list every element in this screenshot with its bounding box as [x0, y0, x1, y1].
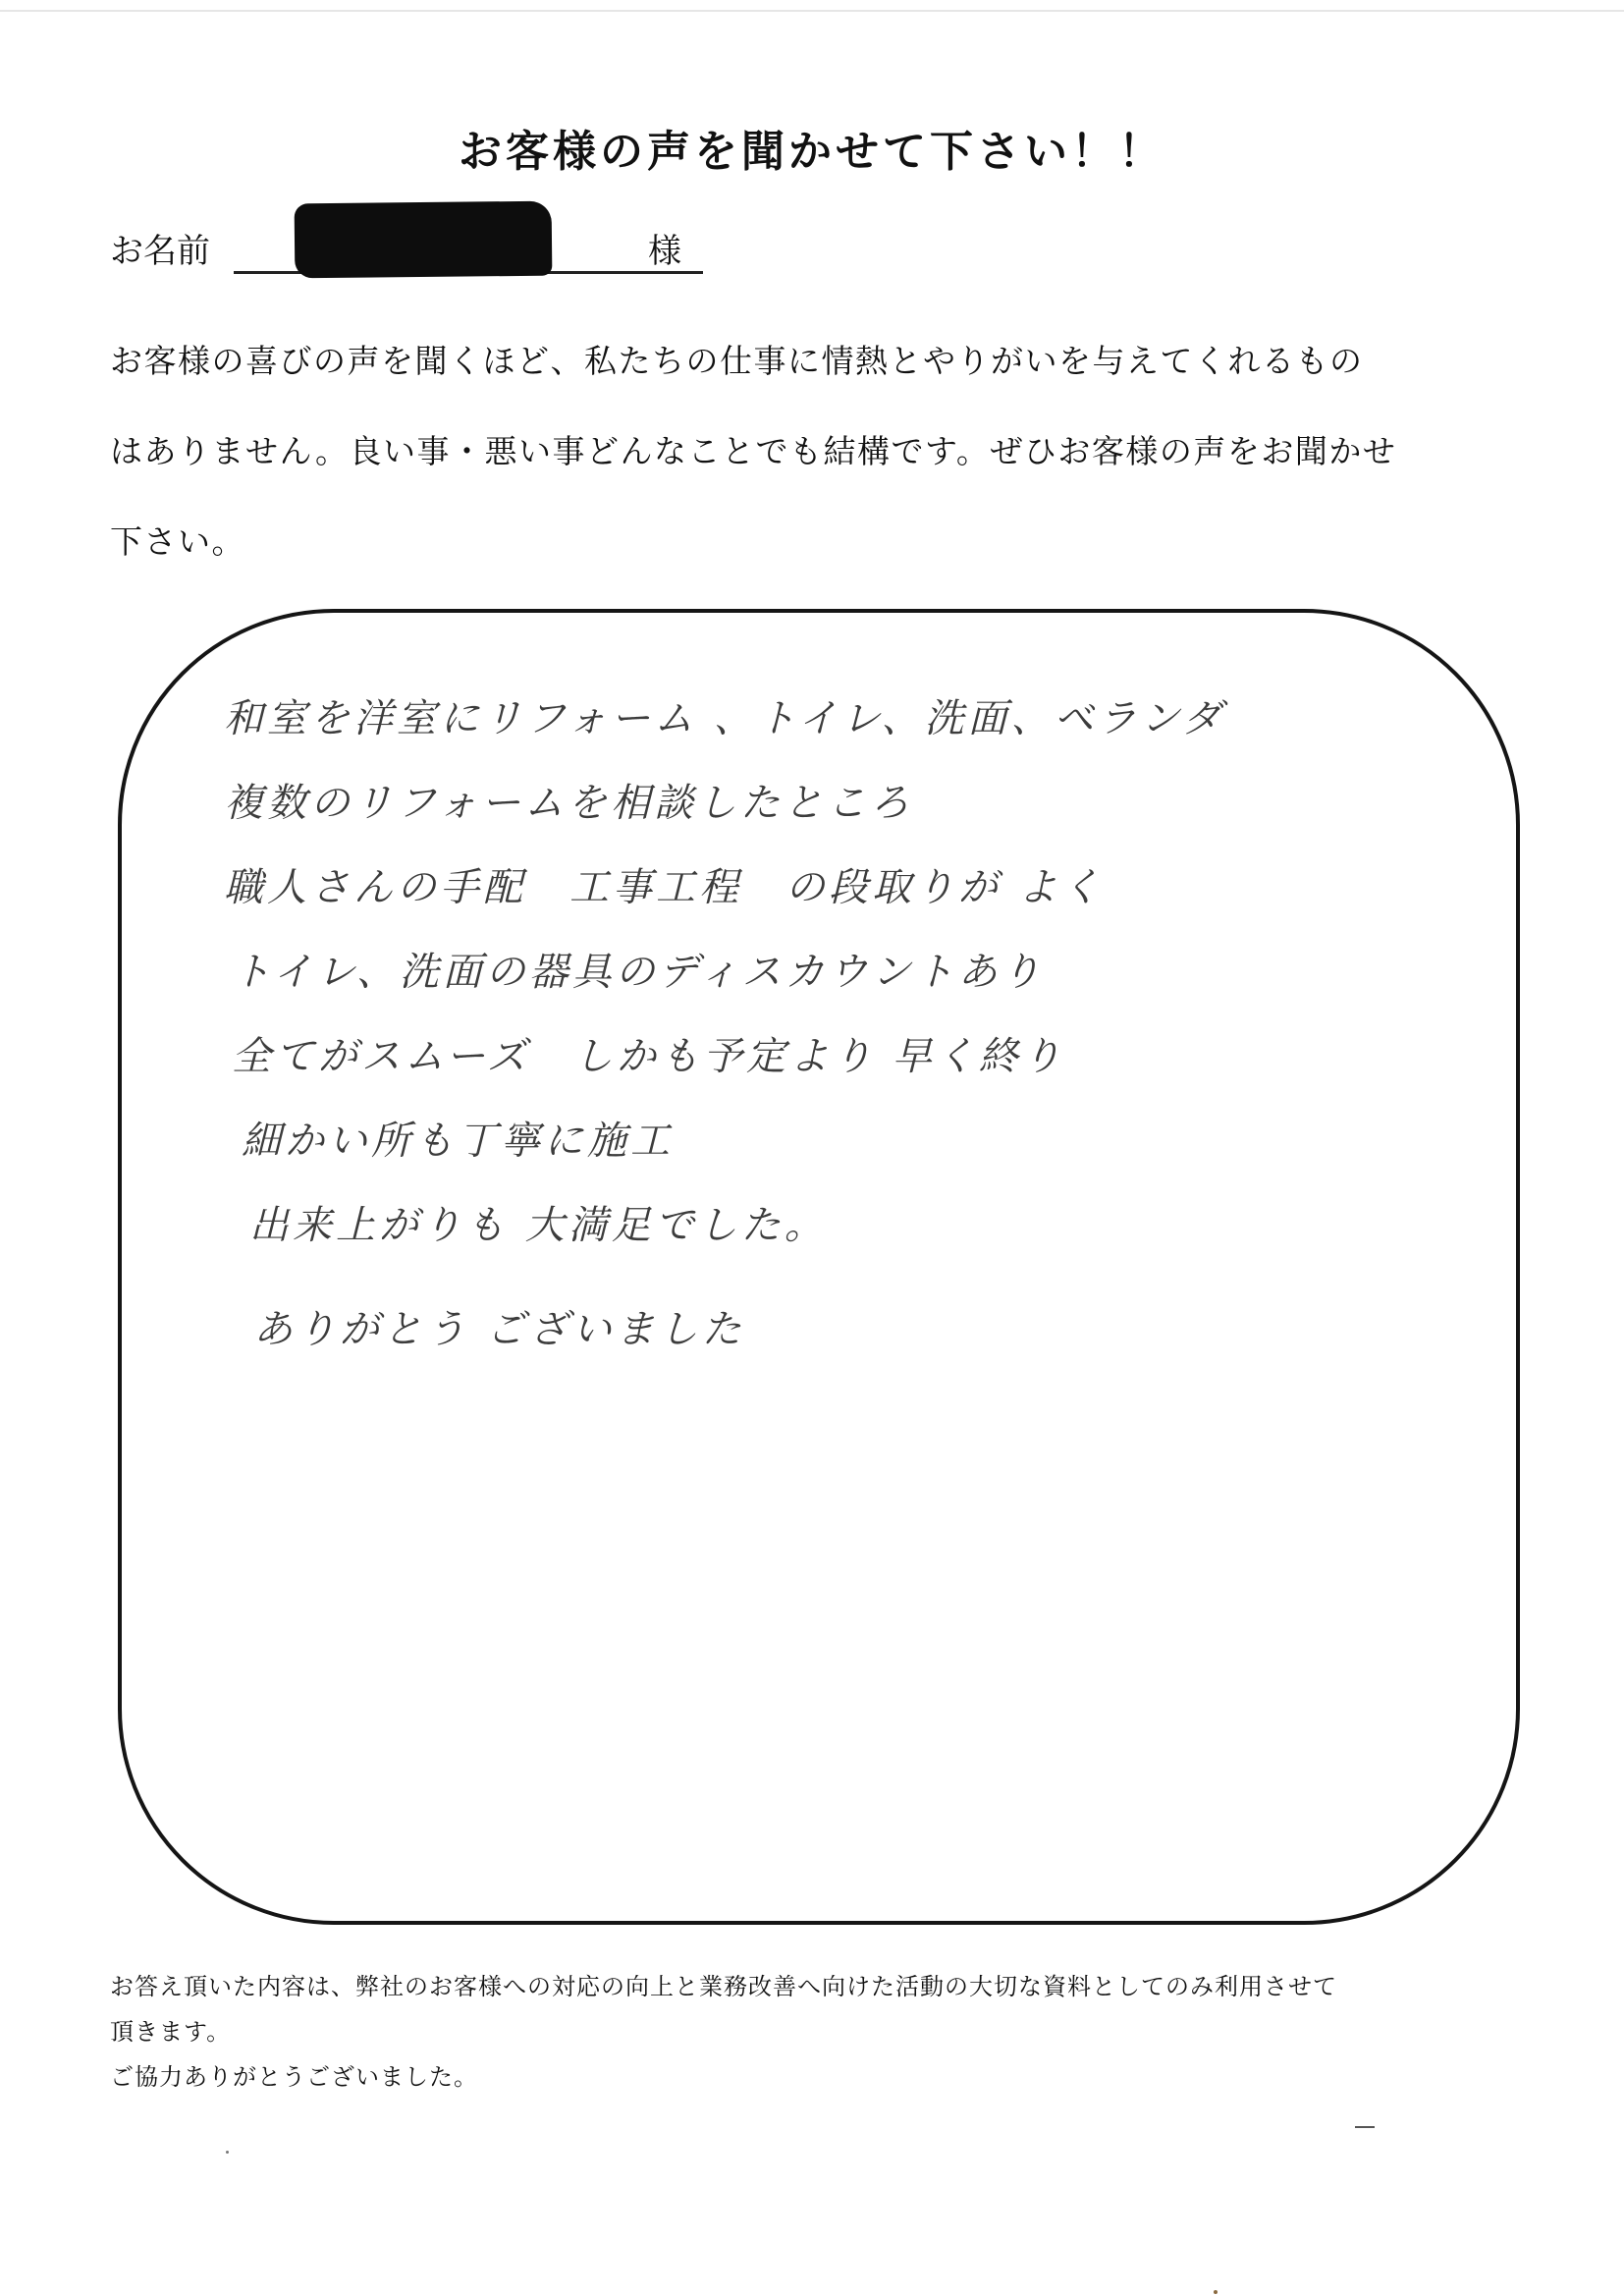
- scan-edge-line: [0, 10, 1624, 12]
- footer-line: お答え頂いた内容は、弊社のお客様への対応の向上と業務改善へ向けた活動の大切な資料…: [110, 1964, 1553, 2009]
- feedback-form-page: お客様の声を聞かせて下さい！！ お名前 様 お客様の喜びの声を聞くほど、私たちの…: [0, 0, 1624, 2296]
- handwritten-line: 職人さんの手配 工事工程 の段取りが よく: [224, 856, 1105, 912]
- intro-paragraph: お客様の喜びの声を聞くほど、私たちの仕事に情熱とやりがいを与えてくれるもの はあ…: [110, 316, 1543, 587]
- footer-note: お答え頂いた内容は、弊社のお客様への対応の向上と業務改善へ向けた活動の大切な資料…: [110, 1964, 1553, 2100]
- handwritten-line: 複数のリフォームを相談したところ: [224, 772, 913, 828]
- scan-speck: [1214, 2290, 1218, 2294]
- name-redaction-mark: [295, 201, 553, 279]
- handwritten-line: 全てがスムーズ しかも予定より 早く終り: [232, 1025, 1065, 1081]
- handwritten-line: 和室を洋室にリフォーム 、トイレ、洗面、ベランダ: [224, 687, 1225, 743]
- handwritten-line: 出来上がりも 大満足でした。: [249, 1194, 828, 1250]
- handwritten-line: トイレ、洗面の器具のディスカウントあり: [232, 941, 1045, 997]
- handwritten-line: 細かい所も丁寧に施工: [242, 1110, 674, 1166]
- name-label: お名前: [110, 224, 210, 272]
- footer-line: 頂きます。: [110, 2009, 1553, 2054]
- name-honorific-suffix: 様: [648, 224, 681, 272]
- intro-line: お客様の喜びの声を聞くほど、私たちの仕事に情熱とやりがいを与えてくれるもの: [110, 316, 1543, 407]
- scan-speck: [1355, 2126, 1375, 2128]
- form-title: お客様の声を聞かせて下さい！！: [0, 116, 1624, 179]
- name-field-row: お名前 様: [110, 218, 699, 277]
- handwritten-line: ありがとう ございました: [253, 1298, 745, 1354]
- scan-speck: [226, 2151, 229, 2154]
- intro-line: 下さい。: [110, 497, 1543, 587]
- intro-line: はありません。良い事・悪い事どんなことでも結構です。ぜひお客様の声をお聞かせ: [110, 407, 1543, 497]
- footer-line: ご協力ありがとうございました。: [110, 2054, 1553, 2100]
